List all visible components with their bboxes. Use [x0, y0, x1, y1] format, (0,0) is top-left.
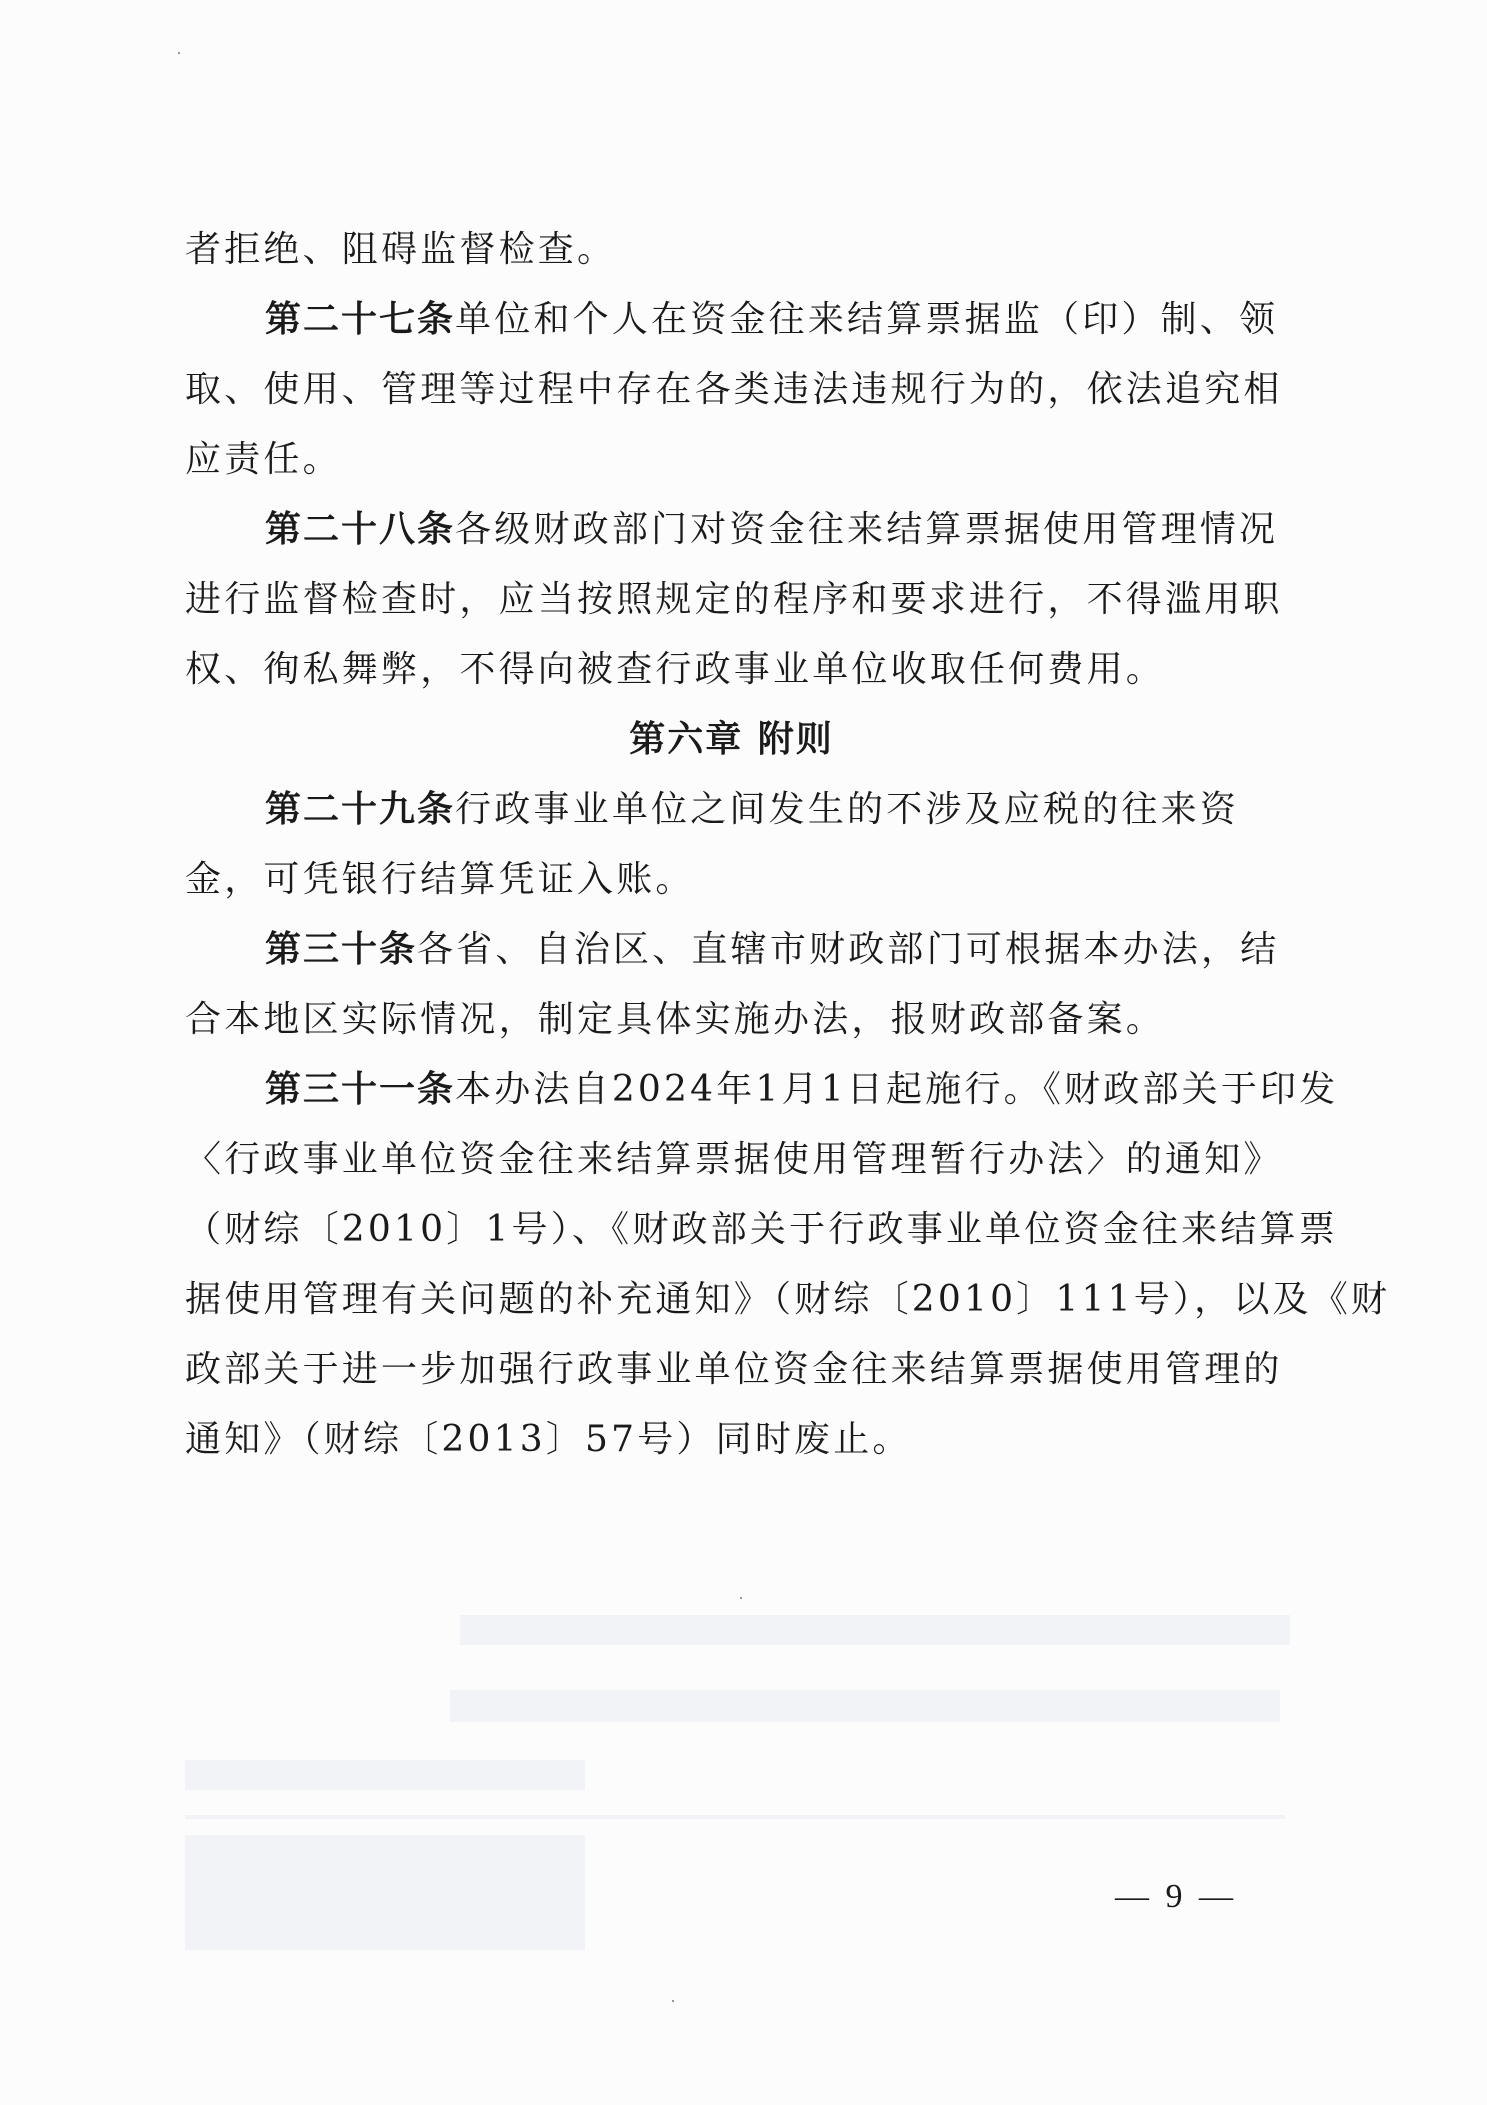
article-30: 第三十条各省、自治区、直辖市财政部门可根据本办法，结 — [185, 915, 1278, 985]
text-line: （财综〔2010〕1号）、《财政部关于行政事业单位资金往来结算票 — [185, 1195, 1278, 1265]
line-text: 金，可凭银行结算凭证入账。 — [185, 859, 695, 900]
document-body: 者拒绝、阻碍监督检查。 第二十七条单位和个人在资金往来结算票据监（印）制、领 取… — [185, 215, 1278, 1475]
bleed-through-mark — [185, 1760, 585, 1790]
article-heading: 第二十八条 — [265, 509, 455, 550]
text-line: 者拒绝、阻碍监督检查。 — [185, 215, 1278, 285]
text-line: 进行监督检查时，应当按照规定的程序和要求进行，不得滥用职 — [185, 565, 1278, 635]
text-line: 金，可凭银行结算凭证入账。 — [185, 845, 1278, 915]
text-line: 政部关于进一步加强行政事业单位资金往来结算票据使用管理的 — [185, 1335, 1278, 1405]
article-heading: 第二十七条 — [265, 299, 455, 340]
text-line: 权、徇私舞弊，不得向被查行政事业单位收取任何费用。 — [185, 635, 1278, 705]
bleed-through-mark — [450, 1690, 1280, 1722]
article-28: 第二十八条各级财政部门对资金往来结算票据使用管理情况 — [185, 495, 1278, 565]
article-heading: 第三十一条 — [265, 1069, 455, 1110]
line-text: 权、徇私舞弊，不得向被查行政事业单位收取任何费用。 — [185, 649, 1165, 690]
article-text: 行政事业单位之间发生的不涉及应税的往来资 — [455, 789, 1239, 830]
chapter-heading: 第六章 附则 — [185, 705, 1278, 775]
text-line: 通知》（财综〔2013〕57号）同时废止。 — [185, 1405, 1278, 1475]
text-line: 据使用管理有关问题的补充通知》（财综〔2010〕111号），以及《财 — [185, 1265, 1278, 1335]
line-text: 通知》（财综〔2013〕57号）同时废止。 — [185, 1419, 912, 1460]
scan-speck — [740, 1597, 742, 1599]
line-text: 政部关于进一步加强行政事业单位资金往来结算票据使用管理的 — [185, 1349, 1283, 1390]
text-line: 〈行政事业单位资金往来结算票据使用管理暂行办法〉的通知》 — [185, 1125, 1278, 1195]
line-text: 取、使用、管理等过程中存在各类违法违规行为的，依法追究相 — [185, 369, 1283, 410]
article-heading: 第三十条 — [265, 929, 417, 970]
article-31: 第三十一条本办法自2024年1月1日起施行。《财政部关于印发 — [185, 1055, 1278, 1125]
article-text: 各省、自治区、直辖市财政部门可根据本办法，结 — [417, 929, 1279, 970]
line-text: 合本地区实际情况，制定具体实施办法，报财政部备案。 — [185, 999, 1165, 1040]
page-number: — 9 — — [1115, 1878, 1237, 1916]
line-text: 〈行政事业单位资金往来结算票据使用管理暂行办法〉的通知》 — [185, 1139, 1283, 1180]
scan-speck — [178, 52, 180, 54]
bleed-through-mark — [185, 1815, 1285, 1819]
text-line: 应责任。 — [185, 425, 1278, 495]
article-text: 单位和个人在资金往来结算票据监（印）制、领 — [455, 299, 1278, 340]
article-heading: 第二十九条 — [265, 789, 455, 830]
article-text: 本办法自2024年1月1日起施行。《财政部关于印发 — [455, 1069, 1338, 1110]
line-text: （财综〔2010〕1号）、《财政部关于行政事业单位资金往来结算票 — [185, 1209, 1338, 1250]
scan-speck — [672, 2000, 674, 2002]
bleed-through-mark — [460, 1615, 1290, 1645]
document-page: 者拒绝、阻碍监督检查。 第二十七条单位和个人在资金往来结算票据监（印）制、领 取… — [0, 0, 1487, 2105]
article-27: 第二十七条单位和个人在资金往来结算票据监（印）制、领 — [185, 285, 1278, 355]
article-text: 各级财政部门对资金往来结算票据使用管理情况 — [455, 509, 1278, 550]
line-text: 应责任。 — [185, 439, 342, 480]
line-text: 据使用管理有关问题的补充通知》（财综〔2010〕111号），以及《财 — [185, 1279, 1390, 1320]
line-text: 者拒绝、阻碍监督检查。 — [185, 229, 616, 270]
article-29: 第二十九条行政事业单位之间发生的不涉及应税的往来资 — [185, 775, 1278, 845]
line-text: 进行监督检查时，应当按照规定的程序和要求进行，不得滥用职 — [185, 579, 1283, 620]
text-line: 取、使用、管理等过程中存在各类违法违规行为的，依法追究相 — [185, 355, 1278, 425]
text-line: 合本地区实际情况，制定具体实施办法，报财政部备案。 — [185, 985, 1278, 1055]
bleed-through-mark — [185, 1835, 585, 1950]
